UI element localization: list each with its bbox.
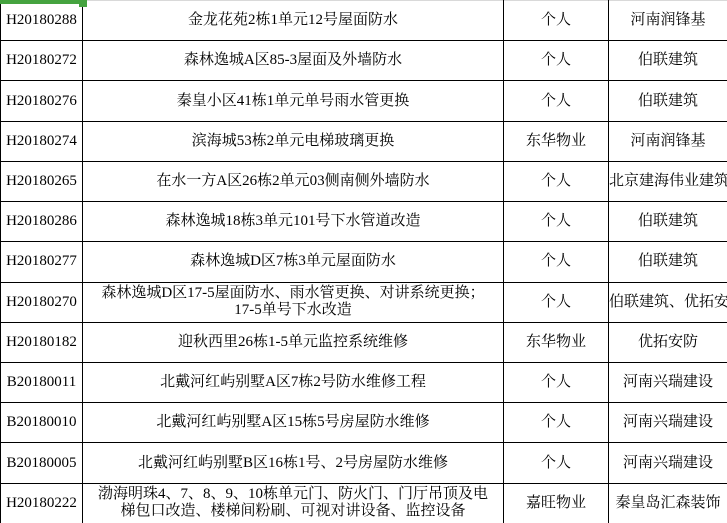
project-id-cell[interactable]: B20180005 (1, 443, 83, 483)
project-id-cell[interactable]: H20180222 (1, 483, 83, 523)
project-name-cell[interactable]: 渤海明珠4、7、8、9、10栋单元门、防火门、门厅吊顶及电 梯包口改造、楼梯间粉… (83, 483, 504, 523)
project-name-cell[interactable]: 北戴河红屿别墅B区16栋1号、2号房屋防水维修 (83, 443, 504, 483)
projects-table-body: H20180288 金龙花苑2栋1单元12号屋面防水 个人 河南润锋基 H201… (1, 1, 727, 523)
company-cell[interactable]: 伯联建筑 (609, 202, 727, 242)
table-row: H20180286 森林逸城18栋3单元101号下水管道改造 个人 伯联建筑 (1, 202, 727, 242)
table-row: H20180288 金龙花苑2栋1单元12号屋面防水 个人 河南润锋基 (1, 1, 727, 41)
project-id-cell[interactable]: B20180010 (1, 403, 83, 443)
applicant-cell[interactable]: 东华物业 (504, 322, 609, 362)
project-name-cell[interactable]: 北戴河红屿别墅A区15栋5号房屋防水维修 (83, 403, 504, 443)
applicant-cell[interactable]: 嘉旺物业 (504, 483, 609, 523)
company-cell[interactable]: 秦皇岛汇森装饰 (609, 483, 727, 523)
table-row: H20180182 迎秋西里26栋1-5单元监控系统维修 东华物业 优拓安防 (1, 322, 727, 362)
company-cell[interactable]: 河南兴瑞建设 (609, 403, 727, 443)
company-cell[interactable]: 伯联建筑 (609, 41, 727, 81)
company-cell[interactable]: 优拓安防 (609, 322, 727, 362)
company-cell[interactable]: 河南润锋基 (609, 1, 727, 41)
applicant-cell[interactable]: 个人 (504, 362, 609, 402)
company-cell[interactable]: 河南润锋基 (609, 121, 727, 161)
company-cell[interactable]: 伯联建筑、优拓安防 (609, 282, 727, 322)
applicant-cell[interactable]: 个人 (504, 202, 609, 242)
project-id-cell[interactable]: H20180265 (1, 161, 83, 201)
applicant-cell[interactable]: 个人 (504, 403, 609, 443)
applicant-cell[interactable]: 个人 (504, 41, 609, 81)
project-id-cell[interactable]: H20180182 (1, 322, 83, 362)
table-row: H20180270 森林逸城D区17-5屋面防水、雨水管更换、对讲系统更换； 1… (1, 282, 727, 322)
table-row: H20180277 森林逸城D区7栋3单元屋面防水 个人 伯联建筑 (1, 242, 727, 282)
project-name-cell[interactable]: 北戴河红屿别墅A区7栋2号防水维修工程 (83, 362, 504, 402)
applicant-cell[interactable]: 个人 (504, 242, 609, 282)
table-row: H20180222 渤海明珠4、7、8、9、10栋单元门、防火门、门厅吊顶及电 … (1, 483, 727, 523)
table-row: B20180010 北戴河红屿别墅A区15栋5号房屋防水维修 个人 河南兴瑞建设 (1, 403, 727, 443)
company-cell[interactable]: 河南兴瑞建设 (609, 362, 727, 402)
project-id-cell[interactable]: H20180286 (1, 202, 83, 242)
table-row: B20180005 北戴河红屿别墅B区16栋1号、2号房屋防水维修 个人 河南兴… (1, 443, 727, 483)
projects-table: H20180288 金龙花苑2栋1单元12号屋面防水 个人 河南润锋基 H201… (0, 0, 727, 523)
company-cell[interactable]: 伯联建筑 (609, 242, 727, 282)
table-row: H20180265 在水一方A区26栋2单元03侧南侧外墙防水 个人 北京建海伟… (1, 161, 727, 201)
table-row: B20180011 北戴河红屿别墅A区7栋2号防水维修工程 个人 河南兴瑞建设 (1, 362, 727, 402)
project-id-cell[interactable]: H20180277 (1, 242, 83, 282)
table-row: H20180274 滨海城53栋2单元电梯玻璃更换 东华物业 河南润锋基 (1, 121, 727, 161)
applicant-cell[interactable]: 个人 (504, 161, 609, 201)
project-name-cell[interactable]: 森林逸城18栋3单元101号下水管道改造 (83, 202, 504, 242)
project-id-cell[interactable]: H20180274 (1, 121, 83, 161)
selection-border-fragment (0, 0, 81, 4)
project-name-cell[interactable]: 金龙花苑2栋1单元12号屋面防水 (83, 1, 504, 41)
table-row: H20180276 秦皇小区41栋1单元单号雨水管更换 个人 伯联建筑 (1, 81, 727, 121)
table-row: H20180272 森林逸城A区85-3屋面及外墙防水 个人 伯联建筑 (1, 41, 727, 81)
applicant-cell[interactable]: 个人 (504, 282, 609, 322)
project-id-cell[interactable]: H20180288 (1, 1, 83, 41)
selection-fill-handle-icon[interactable] (79, 0, 87, 7)
company-cell[interactable]: 河南兴瑞建设 (609, 443, 727, 483)
project-id-cell[interactable]: H20180276 (1, 81, 83, 121)
project-name-cell[interactable]: 滨海城53栋2单元电梯玻璃更换 (83, 121, 504, 161)
project-id-cell[interactable]: H20180270 (1, 282, 83, 322)
applicant-cell[interactable]: 个人 (504, 443, 609, 483)
spreadsheet-view: H20180288 金龙花苑2栋1单元12号屋面防水 个人 河南润锋基 H201… (0, 0, 727, 523)
project-id-cell[interactable]: B20180011 (1, 362, 83, 402)
project-name-cell[interactable]: 在水一方A区26栋2单元03侧南侧外墙防水 (83, 161, 504, 201)
project-id-cell[interactable]: H20180272 (1, 41, 83, 81)
project-name-cell[interactable]: 森林逸城A区85-3屋面及外墙防水 (83, 41, 504, 81)
project-name-cell[interactable]: 森林逸城D区7栋3单元屋面防水 (83, 242, 504, 282)
project-name-cell[interactable]: 迎秋西里26栋1-5单元监控系统维修 (83, 322, 504, 362)
applicant-cell[interactable]: 个人 (504, 1, 609, 41)
applicant-cell[interactable]: 个人 (504, 81, 609, 121)
project-name-cell[interactable]: 森林逸城D区17-5屋面防水、雨水管更换、对讲系统更换； 17-5单号下水改造 (83, 282, 504, 322)
company-cell[interactable]: 伯联建筑 (609, 81, 727, 121)
project-name-cell[interactable]: 秦皇小区41栋1单元单号雨水管更换 (83, 81, 504, 121)
company-cell[interactable]: 北京建海伟业建筑 (609, 161, 727, 201)
applicant-cell[interactable]: 东华物业 (504, 121, 609, 161)
